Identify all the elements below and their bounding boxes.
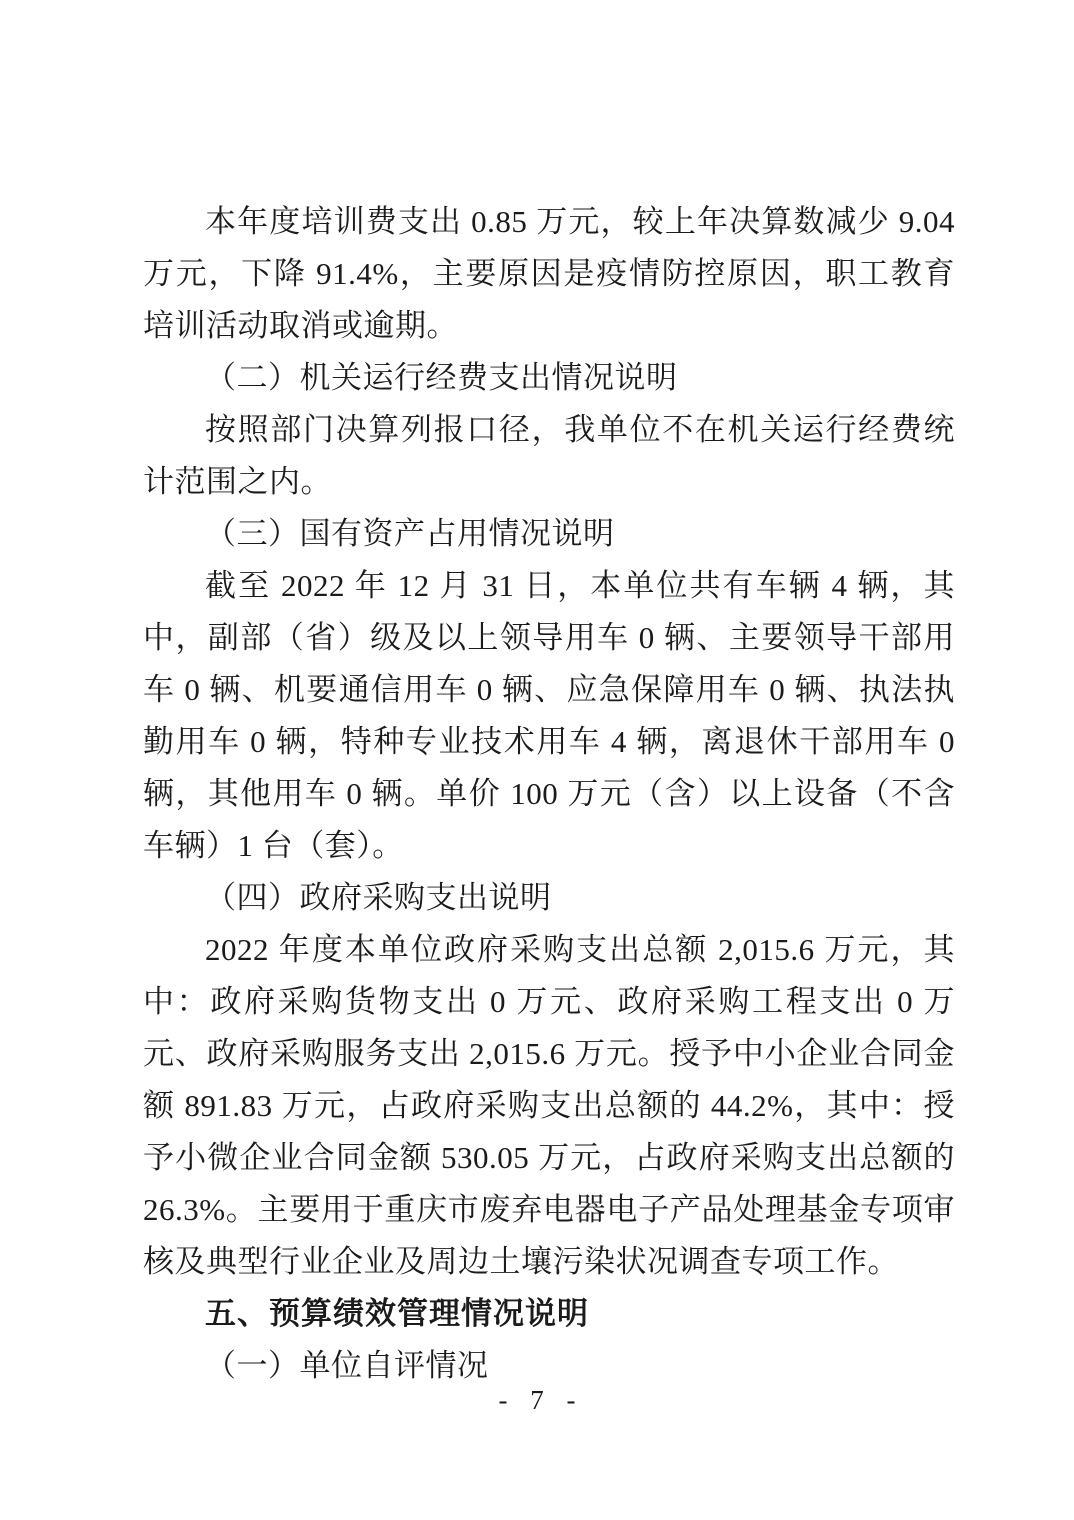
paragraph-government-procurement: 2022 年度本单位政府采购支出总额 2,015.6 万元，其中：政府采购货物支…: [143, 924, 955, 1288]
paragraph-state-owned-assets: 截至 2022 年 12 月 31 日，本单位共有车辆 4 辆，其中，副部（省）…: [143, 560, 955, 872]
subheading-government-procurement: （四）政府采购支出说明: [143, 872, 955, 924]
document-body: 本年度培训费支出 0.85 万元，较上年决算数减少 9.04 万元，下降 91.…: [143, 196, 955, 1392]
page-number: - 7 -: [0, 1378, 1074, 1422]
document-page: 本年度培训费支出 0.85 万元，较上年决算数减少 9.04 万元，下降 91.…: [0, 0, 1074, 1520]
subheading-state-owned-assets: （三）国有资产占用情况说明: [143, 508, 955, 560]
subheading-agency-operating-expense: （二）机关运行经费支出情况说明: [143, 352, 955, 404]
paragraph-training-expense: 本年度培训费支出 0.85 万元，较上年决算数减少 9.04 万元，下降 91.…: [143, 196, 955, 352]
heading-budget-performance: 五、预算绩效管理情况说明: [143, 1288, 955, 1340]
paragraph-agency-operating-expense: 按照部门决算列报口径，我单位不在机关运行经费统计范围之内。: [143, 404, 955, 508]
